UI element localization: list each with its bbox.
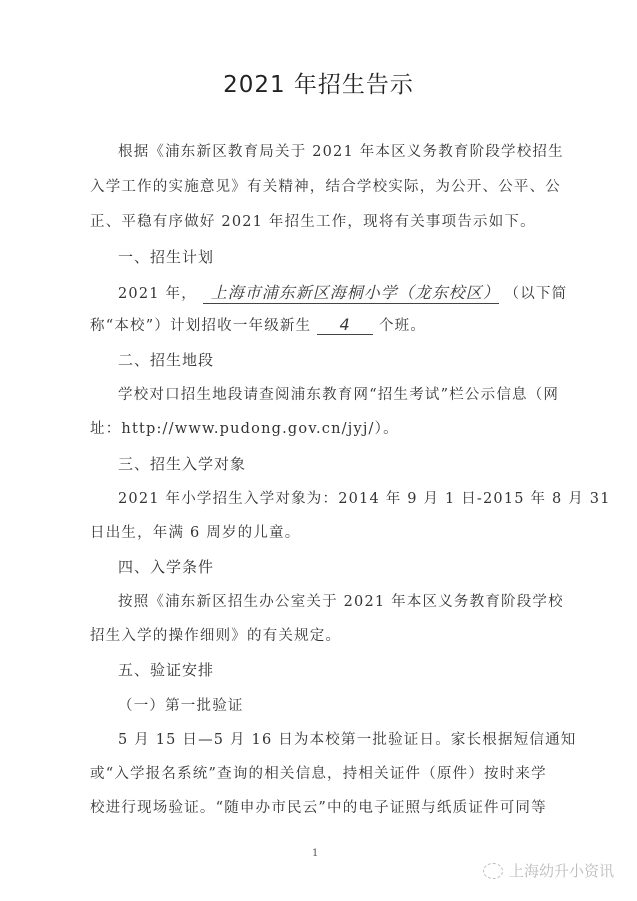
section3-line-1: 2021 年小学招生入学对象为：2014 年 9 月 1 日-2015 年 8 …: [118, 487, 611, 508]
section1-line-1: 2021 年， 上海市浦东新区海桐小学（龙东校区） （以下简: [118, 280, 567, 304]
section1-line-2: 称“本校”）计划招收一年级新生 4 个班。: [90, 314, 426, 335]
section2-heading: 二、招生地段: [118, 349, 214, 370]
watermark-text: 上海幼升小资讯: [509, 860, 614, 881]
classes-prefix: 称“本校”）计划招收一年级新生: [90, 318, 311, 334]
document-title: 2021 年招生告示: [0, 66, 637, 99]
classes-suffix: 个班。: [379, 318, 426, 334]
section2-line-1: 学校对口招生地段请查阅浦东教育网“招生考试”栏公示信息（网: [118, 383, 559, 404]
section4-line-2: 招生入学的操作细则》的有关规定。: [90, 624, 341, 645]
intro-line-1: 根据《浦东新区教育局关于 2021 年本区义务教育阶段学校招生: [118, 140, 564, 161]
watermark: 上海幼升小资讯: [483, 860, 614, 881]
section3-line-2: 日出生，年满 6 周岁的儿童。: [90, 521, 300, 542]
section5-subheading: （一）第一批验证: [118, 694, 244, 715]
year-prefix: 2021 年，: [118, 286, 197, 302]
section5-line-2: 或“入学报名系统”查询的相关信息，持相关证件（原件）按时来学: [90, 762, 547, 783]
abbrev-prefix: （以下简: [505, 286, 568, 302]
school-name-handwritten: 上海市浦东新区海桐小学（龙东校区）: [203, 280, 499, 304]
section5-heading: 五、验证安排: [118, 659, 214, 680]
page-number: 1: [312, 848, 318, 859]
section5-line-3: 校进行现场验证。“随申办市民云”中的电子证照与纸质证件可同等: [90, 796, 547, 817]
class-count-handwritten: 4: [317, 315, 373, 335]
section5-line-1: 5 月 15 日—5 月 16 日为本校第一批验证日。家长根据短信通知: [118, 728, 577, 749]
intro-line-3: 正、平稳有序做好 2021 年招生工作，现将有关事项告示如下。: [90, 210, 536, 231]
section1-heading: 一、招生计划: [118, 246, 214, 267]
document-page: 2021 年招生告示 根据《浦东新区教育局关于 2021 年本区义务教育阶段学校…: [0, 0, 637, 901]
intro-line-2: 入学工作的实施意见》有关精神，结合学校实际，为公开、公平、公: [90, 175, 561, 196]
section3-heading: 三、招生入学对象: [118, 453, 246, 474]
wechat-icon: [483, 863, 503, 879]
section2-line-2: 址：http://www.pudong.gov.cn/jyj/）。: [90, 417, 399, 438]
section4-heading: 四、入学条件: [118, 556, 214, 577]
section4-line-1: 按照《浦东新区招生办公室关于 2021 年本区义务教育阶段学校: [118, 590, 564, 611]
